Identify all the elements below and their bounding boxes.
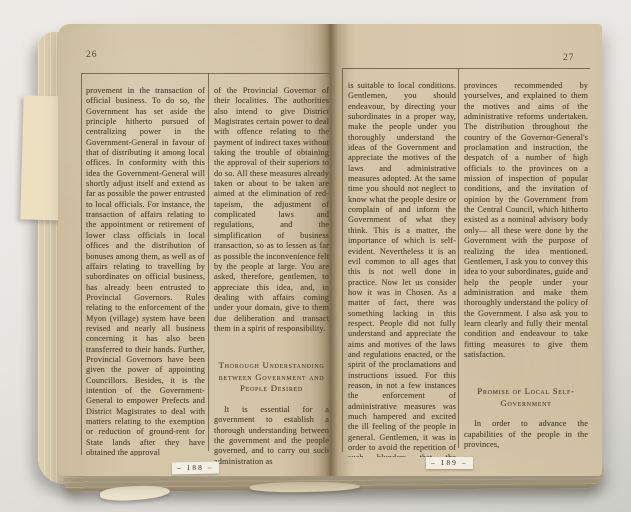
right-page-column-1: is suitable to local conditions. Gentlem… [348, 81, 456, 457]
right-folio-label: – 189 – [426, 457, 473, 469]
section-heading-understanding: Thorough Understanding between Governmen… [218, 360, 325, 395]
body-paragraph: provement in the transaction of official… [86, 86, 205, 456]
left-head-rule [81, 73, 329, 74]
body-paragraph: is suitable to local conditions. Gentlem… [348, 81, 456, 457]
body-paragraph: It is essential for a government to esta… [214, 405, 329, 467]
right-page-column-2: provinces recommended by yourselves, and… [464, 81, 588, 457]
body-paragraph: of the Provincial Governor of their loca… [214, 86, 329, 334]
body-paragraph: In order to advance the capabilities of … [464, 419, 588, 450]
left-column-divider [208, 73, 209, 451]
body-paragraph: provinces recommended by yourselves, and… [464, 81, 588, 360]
section-heading-self-government: Promise of Local Self-Government [468, 386, 584, 409]
left-page-column-2: of the Provincial Governor of their loca… [214, 86, 329, 468]
left-folio-label: – 188 – [172, 462, 219, 475]
right-page-number: 27 [563, 53, 575, 63]
right-head-rule [343, 68, 590, 69]
right-margin-rule [342, 68, 343, 452]
left-margin-rule [81, 73, 82, 455]
open-book: 26 27 provement in the transaction of of… [58, 24, 602, 476]
torn-page-edge [250, 481, 360, 493]
left-page-number: 26 [86, 50, 98, 60]
left-page-column-1: provement in the transaction of official… [86, 86, 205, 456]
right-column-divider [458, 68, 459, 448]
photo-background: 26 27 provement in the transaction of of… [0, 0, 631, 512]
